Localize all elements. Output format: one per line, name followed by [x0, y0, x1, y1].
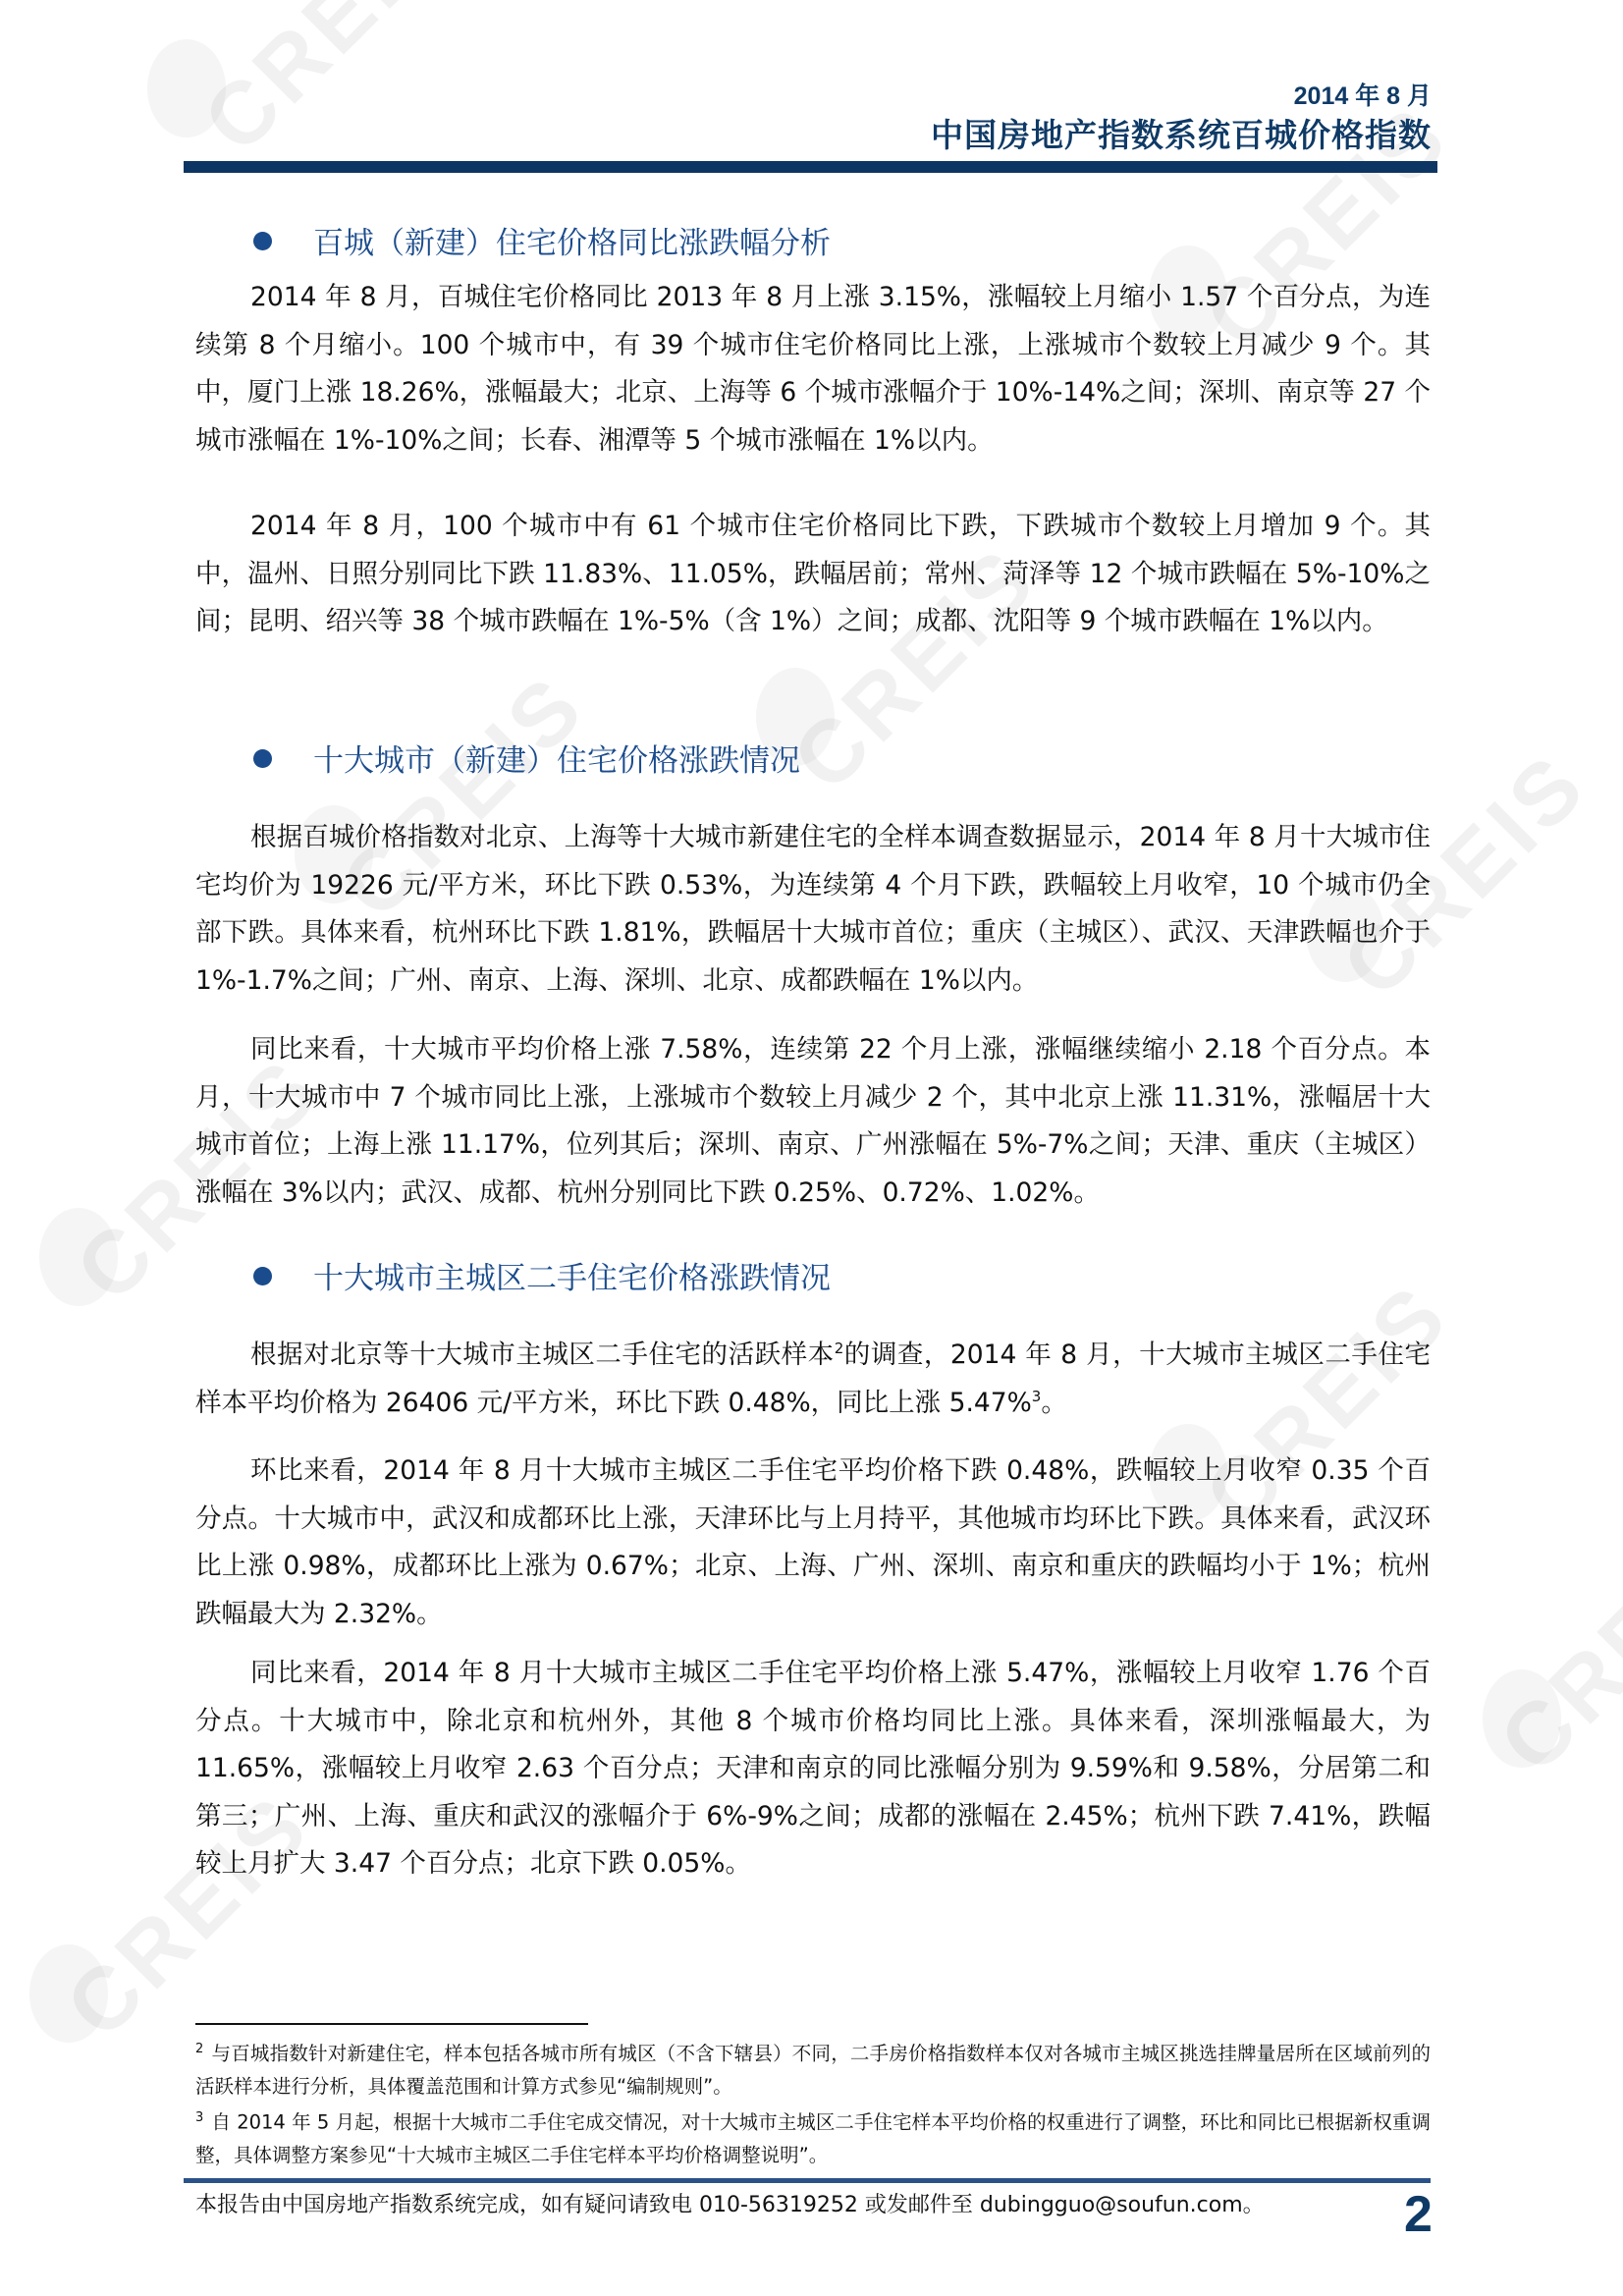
paragraph: 2014 年 8 月，100 个城市中有 61 个城市住宅价格同比下跌，下跌城市… — [195, 503, 1431, 646]
bullet-icon — [253, 749, 272, 768]
paragraph-text: 。 — [1041, 1388, 1067, 1418]
section-heading-text: 十大城市主城区二手住宅价格涨跌情况 — [313, 1253, 831, 1297]
footnote-text: 与百城指数针对新建住宅，样本包括各城市所有城区（不含下辖县）不同，二手房价格指数… — [195, 2043, 1431, 2098]
footnote-mark: 3 — [195, 2110, 203, 2125]
watermark-text: CREIS — [1481, 1509, 1623, 1793]
footnote-ref[interactable]: 3 — [1032, 1388, 1042, 1405]
watermark-logo — [1483, 1669, 1561, 1768]
footer-contact: 本报告由中国房地产指数系统完成，如有疑问请致电 010-56319252 或发邮… — [195, 2188, 1265, 2218]
bullet-icon — [253, 1267, 272, 1285]
paragraph: 同比来看，十大城市平均价格上涨 7.58%，连续第 22 个月上涨，涨幅继续缩小… — [195, 1026, 1431, 1217]
paragraph: 根据百城价格指数对北京、上海等十大城市新建住宅的全样本调查数据显示，2014 年… — [195, 814, 1431, 1005]
paragraph-text: 根据对北京等十大城市主城区二手住宅的活跃样本 — [250, 1339, 835, 1370]
footer-divider — [184, 2178, 1431, 2183]
footnote: 2与百城指数针对新建住宅，样本包括各城市所有城区（不含下辖县）不同，二手房价格指… — [195, 2033, 1431, 2103]
footnote: 3自 2014 年 5 月起，根据十大城市二手住宅成交情况，对十大城市主城区二手… — [195, 2102, 1431, 2171]
watermark-text: CREIS — [185, 0, 468, 173]
footnote-ref[interactable]: 2 — [835, 1339, 844, 1357]
section-heading-text: 百城（新建）住宅价格同比涨跌幅分析 — [313, 218, 831, 262]
section-heading: 十大城市（新建）住宅价格涨跌情况 — [253, 736, 800, 780]
paragraph: 环比来看，2014 年 8 月十大城市主城区二手住宅平均价格下跌 0.48%，跌… — [195, 1448, 1431, 1638]
page-number: 2 — [1404, 2185, 1433, 2244]
watermark-logo — [147, 39, 226, 137]
watermark-logo — [39, 1208, 118, 1306]
header-divider — [184, 161, 1437, 173]
paragraph: 同比来看，2014 年 8 月十大城市主城区二手住宅平均价格上涨 5.47%，涨… — [195, 1650, 1431, 1888]
report-title: 中国房地产指数系统百城价格指数 — [931, 110, 1432, 156]
section-heading-text: 十大城市（新建）住宅价格涨跌情况 — [313, 736, 800, 780]
footnote-mark: 2 — [195, 2042, 203, 2056]
watermark-logo — [29, 1944, 108, 2043]
report-date: 2014 年 8 月 — [1294, 77, 1432, 112]
section-heading: 百城（新建）住宅价格同比涨跌幅分析 — [253, 218, 831, 262]
footnote-divider — [195, 2023, 588, 2025]
section-heading: 十大城市主城区二手住宅价格涨跌情况 — [253, 1253, 831, 1297]
bullet-icon — [253, 232, 272, 250]
paragraph: 2014 年 8 月，百城住宅价格同比 2013 年 8 月上涨 3.15%，涨… — [195, 274, 1431, 465]
paragraph: 根据对北京等十大城市主城区二手住宅的活跃样本2的调查，2014 年 8 月，十大… — [195, 1332, 1431, 1427]
footnote-text: 自 2014 年 5 月起，根据十大城市二手住宅成交情况，对十大城市主城区二手住… — [195, 2111, 1431, 2166]
